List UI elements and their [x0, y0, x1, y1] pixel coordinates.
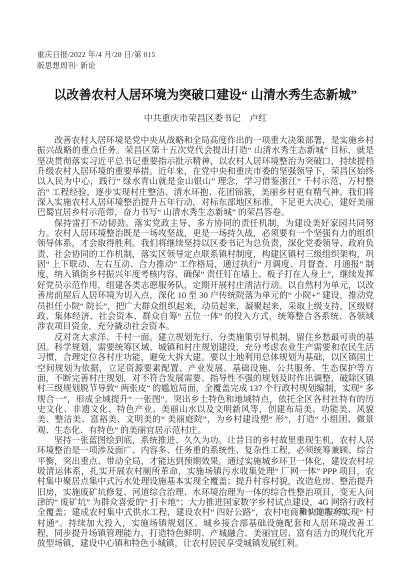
source-line: 重庆日报/2022 年/4 月/28 日/第 015	[37, 50, 374, 61]
page-footer: 第 1 页 共 2 页	[299, 506, 346, 517]
source-info: 重庆日报/2022 年/4 月/28 日/第 015 版思想周刊· 新论	[37, 50, 374, 71]
body-paragraph: 保持雷打不动韧劲。落实党政主导、多方协同的责任机制，为建设美好家园共同努力。农村…	[37, 218, 374, 332]
body-paragraph: 坚持一张蓝图绘到底，系统推进、久久为功。让昔日的乡村故里重现生机，农村人居环境整…	[37, 435, 374, 549]
article-byline: 中共重庆市荣昌区委书记 卢红	[37, 111, 374, 124]
article-title: 以改善农村人居环境为突破口建设“ 山清水秀生态新城”	[37, 87, 374, 103]
body-paragraph: 反对贪大求洋、千村一面。建立规划先行、分类施策引导机制，留住乡愁最可贵的基因。科…	[37, 332, 374, 435]
article-body: 改善农村人居环境是党中央从战略和全局高度作出的一项重大决策部署，是实施乡村振兴战…	[37, 135, 374, 549]
section-line: 版思想周刊· 新论	[37, 61, 374, 72]
body-paragraph: 改善农村人居环境是党中央从战略和全局高度作出的一项重大决策部署，是实施乡村振兴战…	[37, 135, 374, 218]
newspaper-page: 重庆日报/2022 年/4 月/28 日/第 015 版思想周刊· 新论 以改善…	[0, 0, 410, 580]
